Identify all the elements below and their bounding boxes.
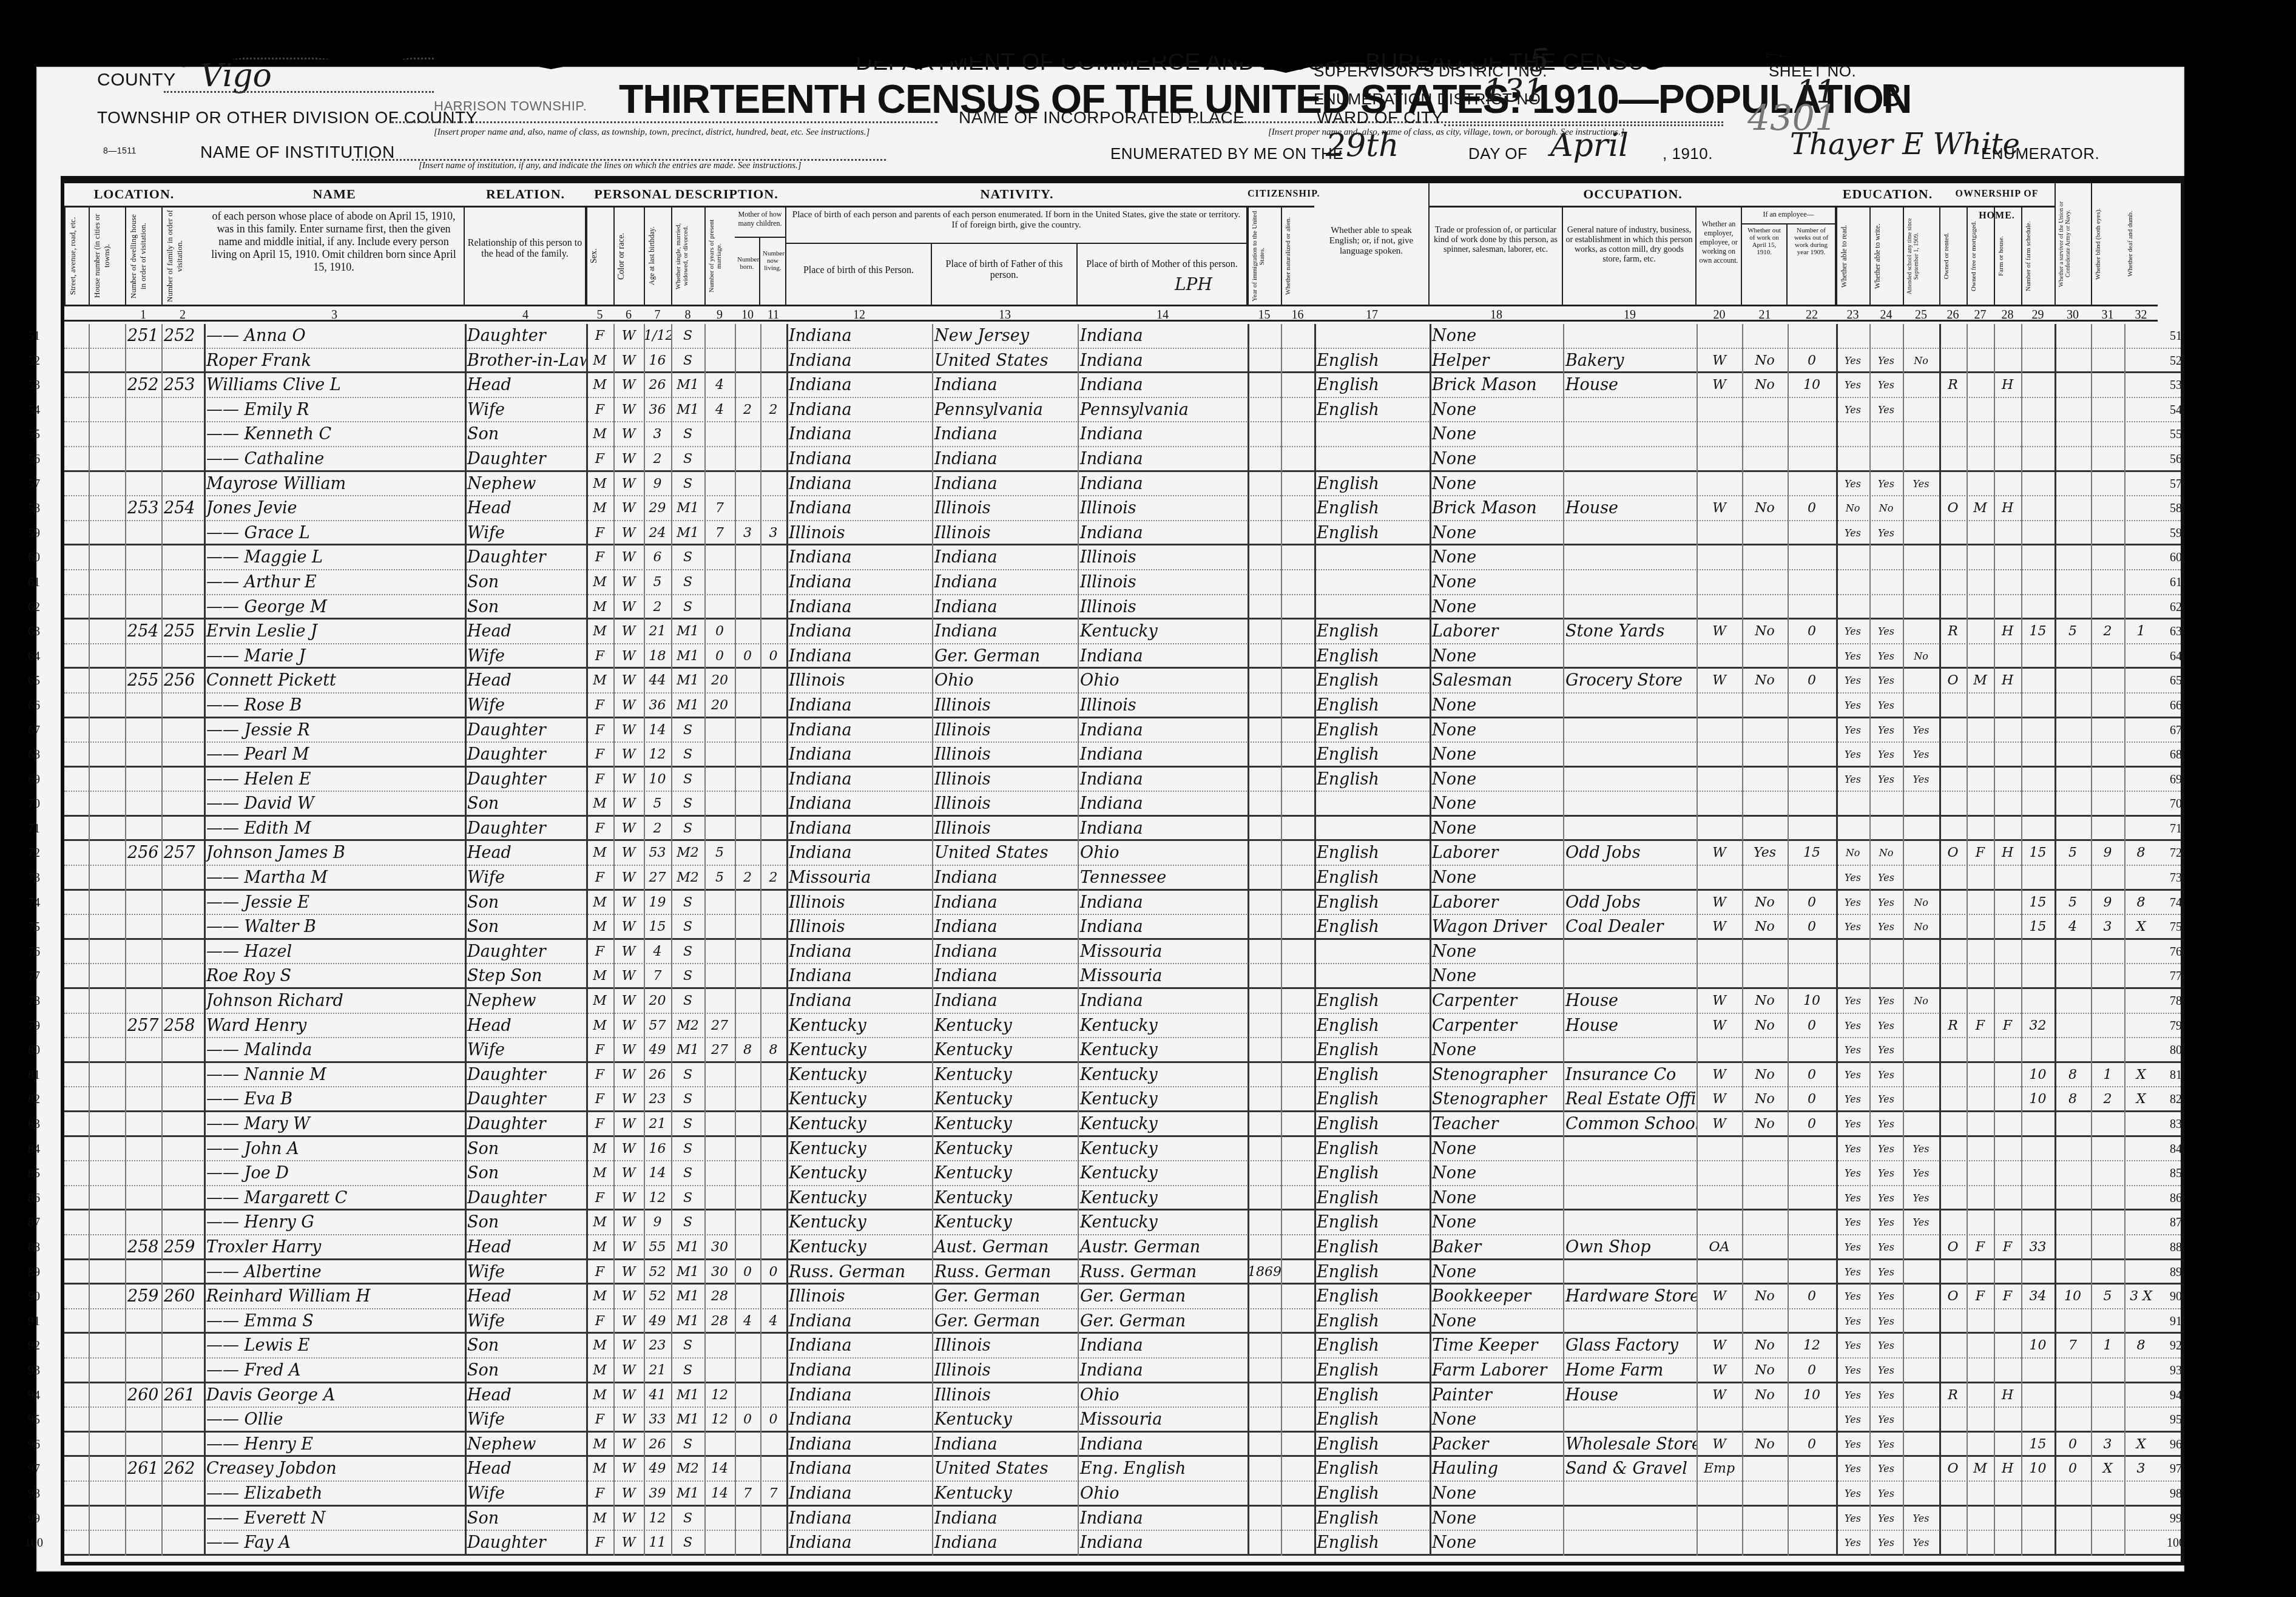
- cell-living: 7: [760, 1482, 786, 1505]
- cell-out-work: [1742, 472, 1788, 496]
- cell-living: [760, 496, 786, 520]
- cell-write: Yes: [1869, 718, 1903, 742]
- cell-free: [1967, 1482, 1994, 1505]
- cell-natur: [1281, 1457, 1314, 1481]
- cell-weeks-out: [1788, 1482, 1836, 1505]
- cell-yrs-married: 0: [704, 644, 735, 667]
- cell-pob: Indiana: [786, 545, 932, 569]
- cell-c31: [2091, 644, 2124, 667]
- cell-race: W: [613, 1334, 644, 1357]
- cell-sex: M: [586, 1383, 613, 1407]
- cell-dwelling: 253: [125, 496, 161, 520]
- cell-immig: [1248, 644, 1281, 667]
- column-number: 2: [161, 305, 204, 322]
- cell-family: [161, 545, 204, 569]
- cell-living: [760, 447, 786, 470]
- cell-trade: None: [1430, 447, 1563, 470]
- cell-industry: House: [1563, 1014, 1697, 1038]
- cell-sched: [2021, 817, 2055, 840]
- cell-natur: [1281, 1063, 1314, 1087]
- cell-family: 256: [161, 669, 204, 692]
- cell-house: [89, 1408, 125, 1431]
- cell-race: W: [613, 718, 644, 742]
- cell-pob: Indiana: [786, 989, 932, 1013]
- cell-sex: M: [586, 1137, 613, 1161]
- cell-father-pob: Kentucky: [932, 1038, 1078, 1061]
- cell-race: W: [613, 989, 644, 1013]
- cell-name: —— Malinda: [204, 1038, 465, 1061]
- cell-trade: None: [1430, 570, 1563, 594]
- cell-out-work: [1742, 447, 1788, 470]
- cell-read: Yes: [1836, 891, 1869, 914]
- cell-emp: W: [1697, 1433, 1742, 1456]
- cell-dwelling: [125, 866, 161, 889]
- cell-relation: Head: [465, 373, 586, 397]
- cell-relation: Daughter: [465, 1186, 586, 1209]
- cell-weeks-out: [1788, 1309, 1836, 1332]
- cell-sex: M: [586, 1161, 613, 1185]
- cell-free: [1967, 545, 1994, 569]
- cell-born: [735, 1334, 760, 1357]
- cell-relation: Nephew: [465, 1433, 586, 1456]
- cell-farm: [1994, 570, 2021, 594]
- cell-english: [1314, 792, 1430, 815]
- cell-sex: M: [586, 1457, 613, 1481]
- line-number-left: 64: [22, 644, 46, 669]
- cell-natur: [1281, 1112, 1314, 1135]
- cell-marital: S: [671, 1063, 704, 1087]
- cell-yrs-married: [704, 718, 735, 742]
- cell-weeks-out: [1788, 422, 1836, 446]
- cell-c31: 3: [2091, 1433, 2124, 1456]
- cell-english: [1314, 324, 1430, 348]
- cell-free: [1967, 1112, 1994, 1135]
- cell-school: Yes: [1903, 1161, 1939, 1185]
- cell-emp: [1697, 768, 1742, 791]
- cell-family: [161, 1112, 204, 1135]
- column-number: 13: [932, 305, 1078, 322]
- cell-c31: [2091, 1014, 2124, 1038]
- cell-born: [735, 1112, 760, 1135]
- cell-house: [89, 891, 125, 914]
- cell-trade: Laborer: [1430, 841, 1563, 865]
- cell-age: 6: [644, 545, 671, 569]
- cell-street: [64, 669, 89, 692]
- cell-out-work: No: [1742, 620, 1788, 643]
- cell-sex: M: [586, 373, 613, 397]
- cell-pob: Kentucky: [786, 1087, 932, 1110]
- column-divider: [704, 324, 706, 1556]
- cell-emp: [1697, 324, 1742, 348]
- cell-free: M: [1967, 1457, 1994, 1481]
- cell-living: [760, 1112, 786, 1135]
- cell-out-work: [1742, 964, 1788, 987]
- cell-emp: W: [1697, 1087, 1742, 1110]
- cell-natur: [1281, 1507, 1314, 1530]
- line-number-left: 91: [22, 1309, 46, 1334]
- cell-relation: Son: [465, 595, 586, 618]
- line-number-left: 80: [22, 1038, 46, 1062]
- cell-street: [64, 940, 89, 964]
- line-number-left: 88: [22, 1235, 46, 1260]
- cell-industry: [1563, 743, 1697, 766]
- cell-age: 49: [644, 1309, 671, 1332]
- cell-house: [89, 792, 125, 815]
- cell-c32: [2124, 1038, 2158, 1061]
- incorporated-label: NAME OF INCORPORATED PLACE: [959, 108, 1244, 127]
- cell-natur: [1281, 743, 1314, 766]
- cell-sex: F: [586, 324, 613, 348]
- cell-pob: Indiana: [786, 1482, 932, 1505]
- cell-sched: [2021, 866, 2055, 889]
- cell-c31: [2091, 1309, 2124, 1332]
- cell-sched: [2021, 545, 2055, 569]
- cell-house: [89, 1334, 125, 1357]
- cell-dwelling: 259: [125, 1285, 161, 1308]
- cell-english: English: [1314, 1457, 1430, 1481]
- cell-c31: [2091, 521, 2124, 544]
- cell-house: [89, 1038, 125, 1061]
- cell-farm: [1994, 644, 2021, 667]
- group-relation: RELATION.: [465, 183, 586, 208]
- table-row: 9292—— Lewis ESonMW23SIndianaIllinoisInd…: [64, 1334, 2181, 1359]
- cell-free: [1967, 940, 1994, 964]
- cell-dwelling: [125, 422, 161, 446]
- table-row: 7272256257Johnson James BHeadMW53M25Indi…: [64, 841, 2181, 866]
- cell-relation: Daughter: [465, 1087, 586, 1110]
- cell-pob: Indiana: [786, 349, 932, 372]
- column-divider: [1836, 324, 1838, 1556]
- cell-c32: 8: [2124, 1334, 2158, 1357]
- line-number: 69: [2164, 768, 2188, 792]
- cell-c32: [2124, 545, 2158, 569]
- cell-age: 21: [644, 1359, 671, 1382]
- cell-industry: House: [1563, 373, 1697, 397]
- cell-farm: [1994, 1112, 2021, 1135]
- cell-immig: [1248, 324, 1281, 348]
- cell-c30: [2055, 817, 2091, 840]
- cell-pob: Kentucky: [786, 1235, 932, 1258]
- header-out-of-work: Whether out of work on April 15, 1910.: [1742, 225, 1788, 305]
- enumerated-label: ENUMERATED BY ME ON THE: [1110, 144, 1343, 163]
- cell-mother-pob: Indiana: [1078, 743, 1248, 766]
- cell-relation: Wife: [465, 1482, 586, 1505]
- cell-born: 2: [735, 398, 760, 422]
- cell-c32: [2124, 1112, 2158, 1135]
- line-number: 82: [2164, 1087, 2188, 1112]
- cell-weeks-out: [1788, 1235, 1836, 1258]
- cell-emp: [1697, 570, 1742, 594]
- cell-race: W: [613, 940, 644, 964]
- cell-sex: F: [586, 1531, 613, 1554]
- cell-mother-pob: Indiana: [1078, 349, 1248, 372]
- cell-industry: Coal Dealer: [1563, 915, 1697, 938]
- cell-age: 1/12: [644, 324, 671, 348]
- cell-write: [1869, 940, 1903, 964]
- cell-free: [1967, 768, 1994, 791]
- header-pob-mother: Place of birth of Mother of this person.: [1078, 244, 1248, 305]
- cell-emp: [1697, 1137, 1742, 1161]
- cell-street: [64, 768, 89, 791]
- cell-name: Connett Pickett: [204, 669, 465, 692]
- cell-weeks-out: [1788, 644, 1836, 667]
- cell-living: [760, 1014, 786, 1038]
- cell-c32: [2124, 398, 2158, 422]
- column-number: 32: [2124, 305, 2158, 322]
- cell-industry: House: [1563, 989, 1697, 1013]
- county-label: COUNTY: [97, 70, 176, 90]
- cell-house: [89, 1260, 125, 1283]
- cell-out-work: [1742, 768, 1788, 791]
- cell-relation: Nephew: [465, 989, 586, 1013]
- cell-school: [1903, 1334, 1939, 1357]
- cell-race: W: [613, 545, 644, 569]
- cell-sex: F: [586, 940, 613, 964]
- cell-yrs-married: 30: [704, 1260, 735, 1283]
- cell-marital: M1: [671, 1260, 704, 1283]
- line-number: 67: [2164, 718, 2188, 743]
- cell-read: Yes: [1836, 472, 1869, 496]
- cell-dwelling: [125, 570, 161, 594]
- cell-pob: Indiana: [786, 1457, 932, 1481]
- cell-write: Yes: [1869, 1285, 1903, 1308]
- cell-relation: Head: [465, 841, 586, 865]
- cell-school: [1903, 570, 1939, 594]
- cell-read: Yes: [1836, 620, 1869, 643]
- cell-sex: F: [586, 1112, 613, 1135]
- line-number-left: 83: [22, 1112, 46, 1136]
- cell-father-pob: Indiana: [932, 989, 1078, 1013]
- header-read: Whether able to read.: [1836, 208, 1869, 305]
- cell-yrs-married: [704, 940, 735, 964]
- cell-english: English: [1314, 866, 1430, 889]
- cell-c30: 5: [2055, 620, 2091, 643]
- column-divider: [786, 324, 788, 1556]
- cell-father-pob: Kentucky: [932, 1210, 1078, 1234]
- cell-read: Yes: [1836, 1285, 1869, 1308]
- cell-street: [64, 324, 89, 348]
- cell-mother-pob: Ohio: [1078, 841, 1248, 865]
- cell-c30: [2055, 324, 2091, 348]
- cell-dwelling: [125, 989, 161, 1013]
- cell-father-pob: United States: [932, 349, 1078, 372]
- cell-school: Yes: [1903, 1137, 1939, 1161]
- cell-born: [735, 817, 760, 840]
- cell-house: [89, 1014, 125, 1038]
- cell-natur: [1281, 669, 1314, 692]
- cell-sched: [2021, 1408, 2055, 1431]
- cell-english: English: [1314, 1334, 1430, 1357]
- cell-race: W: [613, 422, 644, 446]
- cell-c31: [2091, 1038, 2124, 1061]
- cell-pob: Missouria: [786, 866, 932, 889]
- cell-relation: Wife: [465, 866, 586, 889]
- cell-race: W: [613, 398, 644, 422]
- cell-race: W: [613, 694, 644, 717]
- cell-race: W: [613, 349, 644, 372]
- column-divider: [204, 324, 206, 1556]
- cell-immig: [1248, 817, 1281, 840]
- cell-farm: H: [1994, 496, 2021, 520]
- header-marital: Whether single, married, widowed, or div…: [671, 208, 704, 305]
- cell-name: —— Ollie: [204, 1408, 465, 1431]
- cell-street: [64, 398, 89, 422]
- cell-industry: Glass Factory: [1563, 1334, 1697, 1357]
- cell-own: R: [1939, 1014, 1967, 1038]
- cell-house: [89, 1482, 125, 1505]
- cell-relation: Daughter: [465, 447, 586, 470]
- cell-english: English: [1314, 915, 1430, 938]
- cell-family: [161, 1507, 204, 1530]
- header-pob-person: Place of birth of this Person.: [786, 244, 932, 305]
- cell-house: [89, 989, 125, 1013]
- cell-natur: [1281, 349, 1314, 372]
- cell-industry: [1563, 595, 1697, 618]
- cell-yrs-married: 27: [704, 1014, 735, 1038]
- cell-race: W: [613, 521, 644, 544]
- cell-c32: [2124, 447, 2158, 470]
- cell-school: [1903, 447, 1939, 470]
- cell-c30: 4: [2055, 915, 2091, 938]
- cell-name: —— George M: [204, 595, 465, 618]
- cell-own: [1939, 768, 1967, 791]
- cell-weeks-out: 0: [1788, 915, 1836, 938]
- cell-age: 19: [644, 891, 671, 914]
- cell-marital: S: [671, 1334, 704, 1357]
- cell-name: —— Maggie L: [204, 545, 465, 569]
- cell-c30: [2055, 644, 2091, 667]
- cell-pob: Indiana: [786, 324, 932, 348]
- cell-english: English: [1314, 1063, 1430, 1087]
- cell-father-pob: Indiana: [932, 1531, 1078, 1554]
- cell-race: W: [613, 447, 644, 470]
- cell-free: [1967, 1260, 1994, 1283]
- cell-sched: [2021, 1359, 2055, 1382]
- cell-c30: [2055, 669, 2091, 692]
- group-nativity: NATIVITY.: [786, 183, 1248, 208]
- cell-write: Yes: [1869, 398, 1903, 422]
- cell-emp: [1697, 940, 1742, 964]
- header-house-number: House number (in cities or towns).: [89, 208, 125, 305]
- cell-natur: [1281, 1309, 1314, 1332]
- cell-immig: [1248, 349, 1281, 372]
- cell-c32: [2124, 989, 2158, 1013]
- cell-c30: [2055, 1408, 2091, 1431]
- cell-emp: [1697, 792, 1742, 815]
- cell-born: [735, 915, 760, 938]
- cell-name: —— Eva B: [204, 1087, 465, 1110]
- cell-name: —— Arthur E: [204, 570, 465, 594]
- cell-house: [89, 964, 125, 987]
- cell-read: Yes: [1836, 1334, 1869, 1357]
- cell-trade: Carpenter: [1430, 1014, 1563, 1038]
- cell-emp: [1697, 694, 1742, 717]
- cell-born: [735, 1063, 760, 1087]
- cell-trade: None: [1430, 1210, 1563, 1234]
- line-number-left: 99: [22, 1507, 46, 1531]
- cell-write: Yes: [1869, 891, 1903, 914]
- cell-age: 12: [644, 743, 671, 766]
- table-row: 6363254255Ervin Leslie JHeadMW21M10India…: [64, 620, 2181, 644]
- cell-out-work: [1742, 1186, 1788, 1209]
- cell-read: Yes: [1836, 1482, 1869, 1505]
- cell-c31: [2091, 1408, 2124, 1431]
- cell-emp: W: [1697, 891, 1742, 914]
- cell-trade: None: [1430, 324, 1563, 348]
- cell-weeks-out: [1788, 398, 1836, 422]
- cell-family: [161, 1210, 204, 1234]
- cell-born: [735, 373, 760, 397]
- table-row: 5656—— CathalineDaughterFW2SIndianaIndia…: [64, 447, 2181, 472]
- cell-family: [161, 1186, 204, 1209]
- table-row: 5858253254Jones JevieHeadMW29M17IndianaI…: [64, 496, 2181, 521]
- cell-school: [1903, 1309, 1939, 1332]
- header-family: Number of family in order of visitation.: [161, 208, 204, 305]
- cell-name: —— Mary W: [204, 1112, 465, 1135]
- cell-born: [735, 496, 760, 520]
- cell-born: [735, 620, 760, 643]
- cell-sched: [2021, 1112, 2055, 1135]
- cell-pob: Indiana: [786, 496, 932, 520]
- cell-school: [1903, 1260, 1939, 1283]
- ward-line: [1444, 124, 1723, 126]
- cell-dwelling: [125, 1186, 161, 1209]
- line-number: 100: [2164, 1531, 2188, 1555]
- cell-farm: [1994, 817, 2021, 840]
- cell-race: W: [613, 891, 644, 914]
- cell-dwelling: [125, 1334, 161, 1357]
- cell-dwelling: 252: [125, 373, 161, 397]
- table-row: 6666—— Rose BWifeFW36M120IndianaIllinois…: [64, 694, 2181, 718]
- cell-immig: [1248, 1038, 1281, 1061]
- cell-born: [735, 472, 760, 496]
- cell-immig: [1248, 570, 1281, 594]
- cell-relation: Wife: [465, 398, 586, 422]
- cell-dwelling: [125, 1507, 161, 1530]
- cell-own: [1939, 940, 1967, 964]
- cell-c30: [2055, 422, 2091, 446]
- cell-house: [89, 1285, 125, 1308]
- cell-sched: [2021, 792, 2055, 815]
- cell-house: [89, 570, 125, 594]
- cell-english: English: [1314, 1285, 1430, 1308]
- line-number-left: 84: [22, 1137, 46, 1161]
- cell-own: [1939, 1309, 1967, 1332]
- line-number: 60: [2164, 545, 2188, 570]
- cell-dwelling: 251: [125, 324, 161, 348]
- cell-mother-pob: Indiana: [1078, 1433, 1248, 1456]
- cell-natur: [1281, 1210, 1314, 1234]
- cell-marital: S: [671, 447, 704, 470]
- cell-weeks-out: 12: [1788, 1334, 1836, 1357]
- cell-immig: [1248, 1112, 1281, 1135]
- cell-family: 254: [161, 496, 204, 520]
- cell-street: [64, 521, 89, 544]
- cell-mother-pob: Indiana: [1078, 447, 1248, 470]
- cell-mother-pob: Illinois: [1078, 595, 1248, 618]
- cell-marital: M1: [671, 521, 704, 544]
- cell-father-pob: Indiana: [932, 422, 1078, 446]
- cell-english: English: [1314, 841, 1430, 865]
- cell-father-pob: Indiana: [932, 940, 1078, 964]
- cell-own: [1939, 964, 1967, 987]
- cell-race: W: [613, 1482, 644, 1505]
- cell-write: Yes: [1869, 1038, 1903, 1061]
- line-number-left: 63: [22, 620, 46, 644]
- header-number-born: Number born.: [735, 238, 760, 305]
- table-row: 6060—— Maggie LDaughterFW6SIndianaIndian…: [64, 545, 2181, 570]
- cell-dwelling: 258: [125, 1235, 161, 1258]
